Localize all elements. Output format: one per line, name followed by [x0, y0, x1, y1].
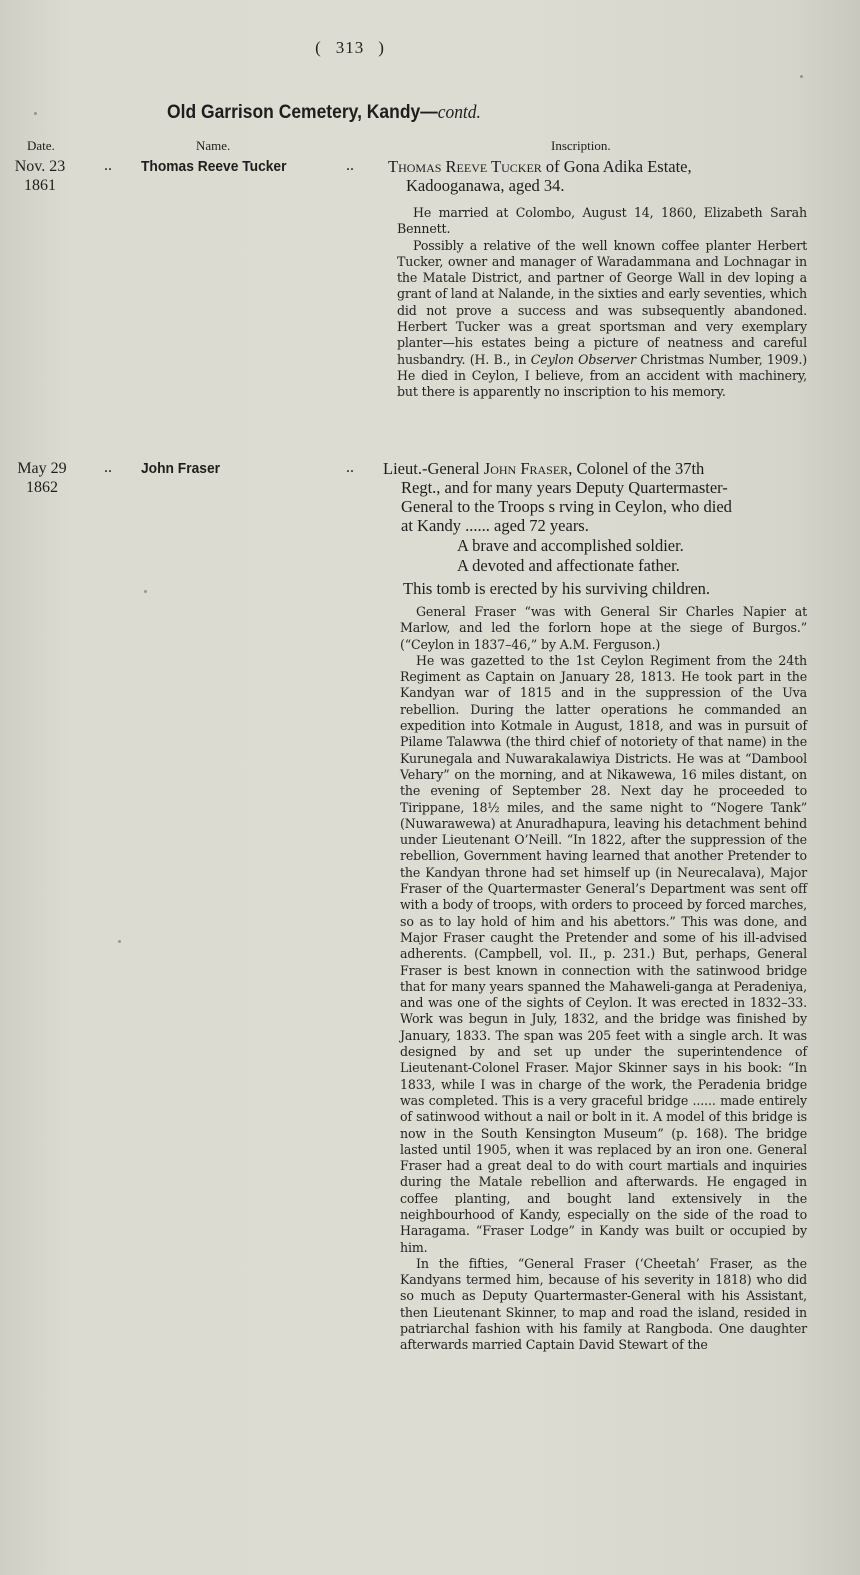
epitaph-dedication: This tomb is erected by his surviving ch…: [403, 579, 710, 599]
leader-dots: ..: [346, 459, 354, 477]
entry-date: May 29 1862: [7, 459, 77, 497]
leader-dots: ..: [346, 157, 354, 175]
column-header-date: Date.: [27, 138, 55, 154]
leader-dots: ..: [104, 157, 112, 175]
column-header-inscription: Inscription.: [551, 138, 611, 154]
paper-speck: [800, 75, 803, 78]
biographical-note: General Fraser “was with General Sir Cha…: [400, 604, 807, 1354]
paper-speck: [34, 112, 37, 115]
paper-speck: [144, 590, 147, 593]
epitaph: A brave and accomplished soldier. A devo…: [457, 536, 684, 576]
column-header-name: Name.: [196, 138, 230, 154]
entry-name: Thomas Reeve Tucker: [141, 158, 286, 175]
entry-date: Nov. 23 1861: [5, 157, 75, 195]
paper-speck: [118, 940, 121, 943]
entry-name: John Fraser: [141, 460, 220, 477]
leader-dots: ..: [104, 459, 112, 477]
section-title: Old Garrison Cemetery, Kandy—contd.: [167, 102, 481, 124]
inscription: Thomas Reeve Tucker of Gona Adika Estate…: [388, 157, 808, 195]
page-number: (313): [0, 38, 700, 58]
biographical-note: He married at Colombo, August 14, 1860, …: [397, 205, 807, 401]
inscription: Lieut.-General John Fraser, Colonel of t…: [383, 459, 813, 535]
